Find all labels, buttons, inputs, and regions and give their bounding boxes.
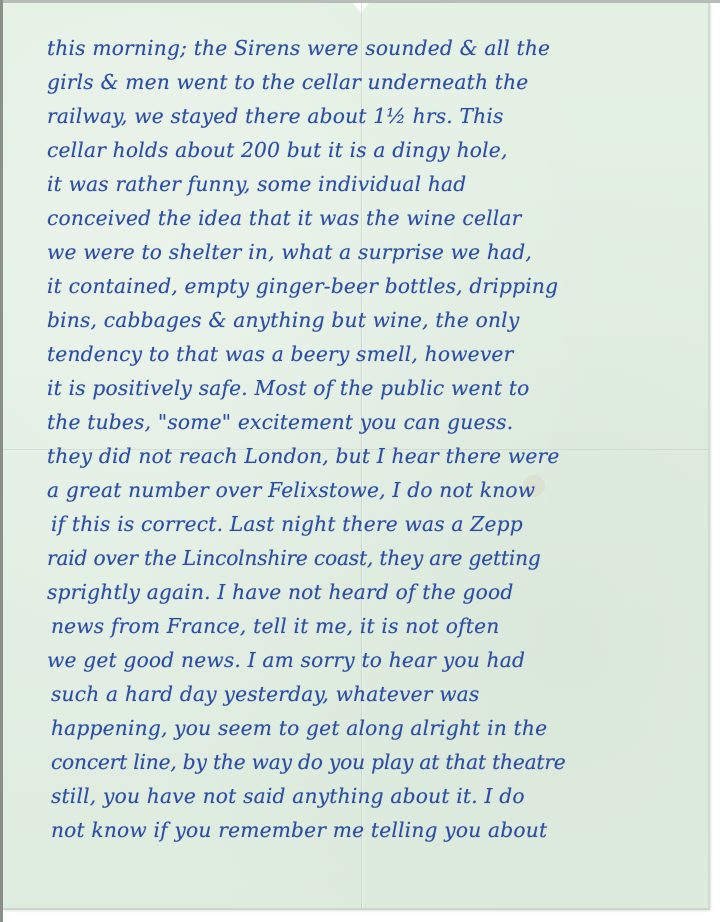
text-line: if this is correct. Last night there was…	[47, 507, 697, 541]
text-line: not know if you remember me telling you …	[47, 813, 697, 847]
letter-page: this morning; the Sirens were sounded & …	[3, 3, 710, 910]
text-line: conceived the idea that it was the wine …	[47, 201, 697, 235]
text-line: this morning; the Sirens were sounded & …	[47, 31, 697, 65]
text-line: a great number over Felixstowe, I do not…	[47, 473, 697, 507]
text-line: it is positively safe. Most of the publi…	[47, 371, 697, 405]
text-line: girls & men went to the cellar underneat…	[47, 65, 697, 99]
text-line: happening, you seem to get along alright…	[47, 711, 697, 745]
text-line: news from France, tell it me, it is not …	[47, 609, 697, 643]
text-line: it contained, empty ginger-beer bottles,…	[47, 269, 697, 303]
text-line: still, you have not said anything about …	[47, 779, 697, 813]
text-line: it was rather funny, some individual had	[47, 167, 697, 201]
text-line: sprightly again. I have not heard of the…	[47, 575, 697, 609]
text-line: they did not reach London, but I hear th…	[47, 439, 697, 473]
text-line: concert line, by the way do you play at …	[47, 745, 697, 779]
handwritten-text: this morning; the Sirens were sounded & …	[47, 31, 707, 847]
text-line: the tubes, "some" excitement you can gue…	[47, 405, 697, 439]
text-line: tendency to that was a beery smell, howe…	[47, 337, 697, 371]
text-line: bins, cabbages & anything but wine, the …	[47, 303, 697, 337]
text-line: raid over the Lincolnshire coast, they a…	[47, 541, 697, 575]
text-line: cellar holds about 200 but it is a dingy…	[47, 133, 697, 167]
text-line: we get good news. I am sorry to hear you…	[47, 643, 697, 677]
text-line: we were to shelter in, what a surprise w…	[47, 235, 697, 269]
text-line: railway, we stayed there about 1½ hrs. T…	[47, 99, 697, 133]
text-line: such a hard day yesterday, whatever was	[47, 677, 697, 711]
